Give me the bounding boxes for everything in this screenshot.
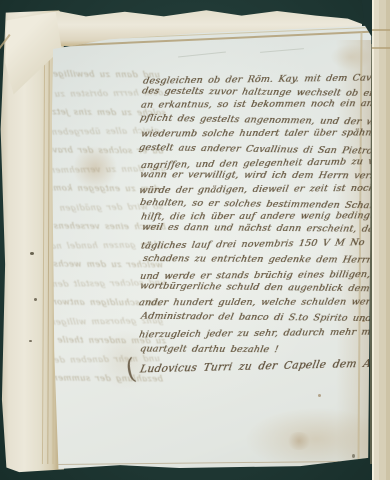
manuscript-line: schadens zu entrichten gedenke dem Herrn: [142, 253, 374, 266]
manuscript-line: hilft, die ich über auf andere wenig bed…: [140, 210, 381, 222]
manuscript-line: wiederumb solche hundert taler über späh…: [140, 127, 390, 139]
edge-speck: [34, 298, 37, 301]
adjacent-page-crease: [372, 47, 390, 49]
manuscript-line: an erkantnus, so ist bekommen noch ein a…: [140, 98, 384, 111]
manuscript-text-block: desgleichen ob der Röm. Kay. mit dem Cav…: [0, 0, 390, 480]
manuscript-line: hierzugleich jeder zu sehr, dadurch mehr…: [138, 326, 390, 340]
manuscript-line: gestelt aus anderer Cavallinus di San Pi…: [138, 142, 373, 157]
manuscript-line: Administrador del banco di S.to Spirito …: [140, 311, 373, 324]
archival-photo: und dann zu bewilligendem herrn obristen…: [0, 0, 390, 480]
manuscript-line: ander hundert gulden, welche schulden we…: [138, 297, 390, 309]
manuscript-line: pflicht des gestelts angenommen, und der…: [139, 113, 390, 129]
manuscript-line: tägliches lauf drei novembris 150 V M No: [140, 237, 365, 252]
manuscript-line: wann er verwilligt, wird ich dem Herrn v…: [139, 169, 390, 181]
manuscript-line: quartgelt darthu bezahle !: [139, 344, 279, 356]
manuscript-line: des gestelts zuvor haltzunge wechselt ob…: [141, 86, 390, 100]
manuscript-line: desgleichen ob der Röm. Kay. mit dem Cav…: [142, 72, 390, 87]
manuscript-line: wortbürgerliche schuld den augenblick de…: [139, 281, 371, 295]
manuscript-line: würde der gnädigen, dieweil er zeit ist …: [138, 183, 390, 197]
edge-speck: [29, 340, 32, 342]
adjacent-page-crease: [372, 29, 390, 31]
manuscript-page: und dann zu bewilligendem herrn obristen…: [0, 0, 390, 480]
adjacent-page-edge: [372, 0, 390, 480]
edge-speck: [30, 252, 34, 255]
manuscript-line: weil es dann und nächst dann erscheint, …: [141, 222, 390, 235]
